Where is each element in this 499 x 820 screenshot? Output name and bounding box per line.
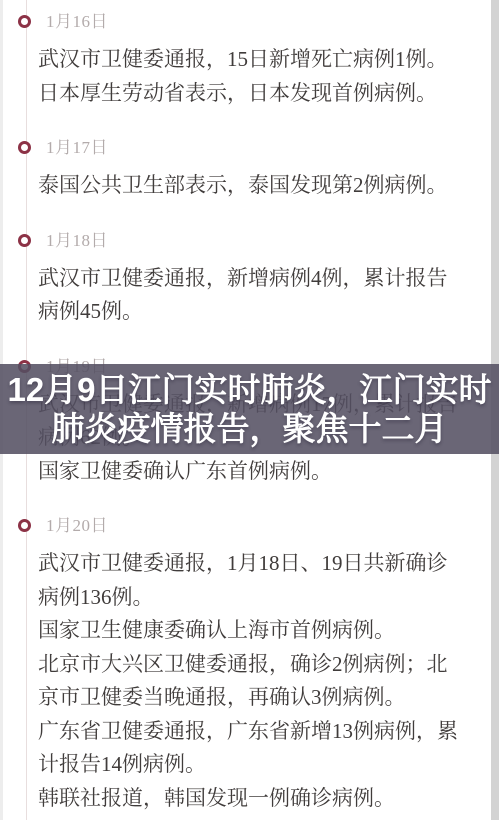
timeline-dot-icon xyxy=(18,15,31,28)
timeline-dot-icon xyxy=(18,234,31,247)
title-overlay-banner: 12月9日江门实时肺炎，江门实时肺炎疫情报告，聚焦十二月 xyxy=(0,364,499,454)
entry-date: 1月17日 xyxy=(46,138,474,158)
entry-text: 国家卫健委确认广东首例病例。 xyxy=(38,455,468,489)
entry-text: 武汉市卫健委通报，新增病例4例，累计报告病例45例。 xyxy=(38,262,468,329)
entry-text: 泰国公共卫生部表示，泰国发现第2例病例。 xyxy=(38,169,468,203)
entry-date: 1月18日 xyxy=(46,231,474,251)
entry-text: 日本厚生劳动省表示，日本发现首例病例。 xyxy=(38,77,468,111)
entry-text: 广东省卫健委通报，广东省新增13例病例，累计报告14例病例。 xyxy=(38,715,468,782)
timeline-dot-icon xyxy=(18,141,31,154)
timeline-entry: 1月20日 武汉市卫健委通报，1月18日、19日共新确诊病例136例。国家卫生健… xyxy=(38,516,474,815)
entry-body: 泰国公共卫生部表示，泰国发现第2例病例。 xyxy=(38,169,474,203)
timeline-entry: 1月16日 武汉市卫健委通报，15日新增死亡病例1例。日本厚生劳动省表示，日本发… xyxy=(38,12,474,110)
entry-date: 1月20日 xyxy=(46,516,474,536)
entry-date: 1月16日 xyxy=(46,12,474,32)
timeline-dot-icon xyxy=(18,519,31,532)
entry-body: 武汉市卫健委通报，15日新增死亡病例1例。日本厚生劳动省表示，日本发现首例病例。 xyxy=(38,43,474,110)
entry-text: 武汉市卫健委通报，1月18日、19日共新确诊病例136例。 xyxy=(38,547,468,614)
overlay-title: 12月9日江门实时肺炎，江门实时肺炎疫情报告，聚焦十二月 xyxy=(0,370,499,448)
timeline-entry: 1月18日 武汉市卫健委通报，新增病例4例，累计报告病例45例。 xyxy=(38,231,474,329)
entry-text: 韩联社报道，韩国发现一例确诊病例。 xyxy=(38,782,468,816)
entry-body: 武汉市卫健委通报，1月18日、19日共新确诊病例136例。国家卫生健康委确认上海… xyxy=(38,547,474,815)
timeline-entry: 1月17日 泰国公共卫生部表示，泰国发现第2例病例。 xyxy=(38,138,474,203)
entry-text: 武汉市卫健委通报，15日新增死亡病例1例。 xyxy=(38,43,468,77)
entry-body: 武汉市卫健委通报，新增病例4例，累计报告病例45例。 xyxy=(38,262,474,329)
entry-text: 国家卫生健康委确认上海市首例病例。 xyxy=(38,614,468,648)
entry-text: 北京市大兴区卫健委通报，确诊2例病例；北京市卫健委当晚通报，再确认3例病例。 xyxy=(38,648,468,715)
